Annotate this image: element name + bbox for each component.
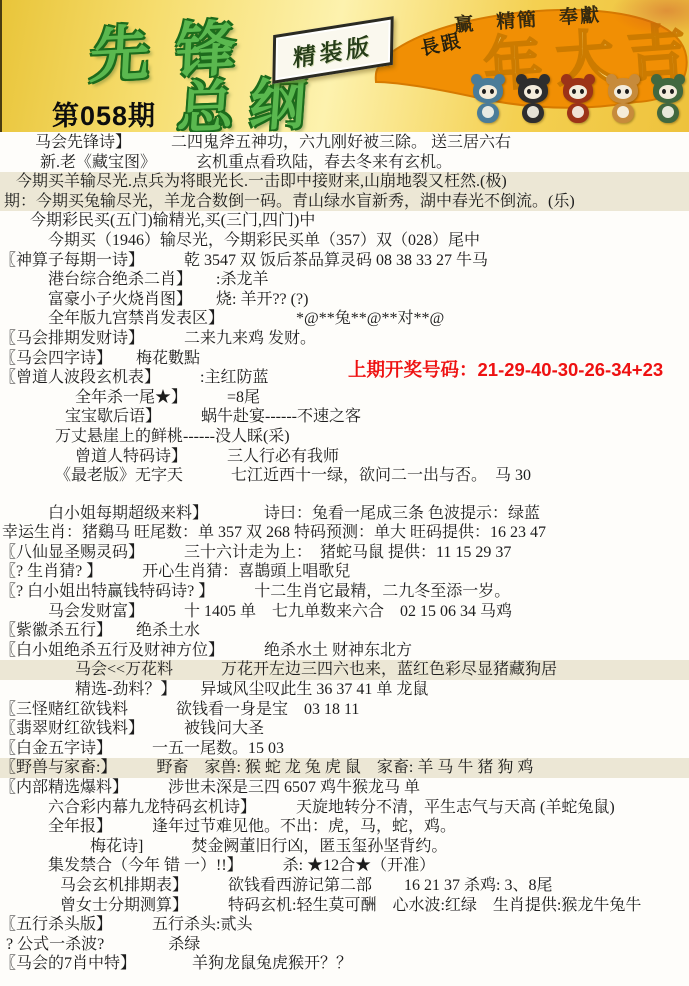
text-line: 马会先锋诗】 二四鬼斧五神功，六九刚好被三除。 送三居六右 <box>0 133 689 153</box>
text-line: 富豪小子火烧肖图】 烧: 羊开?? (?) <box>0 290 689 310</box>
text-line: 〖? 生肖猜? 】 开心生肖猜：喜鵲頭上唱歌兒 <box>0 562 689 582</box>
text-line: 马会发财富】 十 1405 单 七九单数来六合 02 15 06 34 马鸡 <box>0 602 689 622</box>
text-line: 万丈悬崖上的鲜桃------没人睬(采) <box>0 427 689 447</box>
text-line: 新.老《藏宝图》 玄机重点看玖陆，春去冬来有玄机。 <box>0 153 689 173</box>
text-line: 曾道人特码诗】 三人行必有我师 <box>0 447 689 467</box>
lottery-tip-sheet: 年大吉 先锋 总纲 精装版 赢 精簡 奉獻 長跟 第058期 马会先锋诗】 二四… <box>0 0 689 986</box>
text-line: 〖白小姐绝杀五行及财神方位】 绝杀水土 财神东北方 <box>0 641 689 661</box>
text-line: 全年报】 逢年过节难见他。不出：虎，马，蛇，鸡。 <box>0 817 689 837</box>
text-line: 白小姐每期超级来料】 诗曰：兔看一尾成三条 色波提示：绿蓝 <box>0 504 689 524</box>
edition-badge-label: 精装版 <box>293 27 374 73</box>
text-line: 〖翡翠财红欲钱料】 被钱问大圣 <box>0 719 689 739</box>
text-line: 宝宝歇后语】 蜗牛赴宴------不速之客 <box>0 407 689 427</box>
text-line: 幸运生肖：猪鷄马 旺尾数：单 357 双 268 特码预测：单大 旺码提供：16… <box>0 523 689 543</box>
mascot-green <box>650 76 686 126</box>
text-line: 〖白金五字诗】 一五一尾数。15 03 <box>0 739 689 759</box>
mascot-row <box>470 76 686 126</box>
last-draw-result: 上期开奖号码：21-29-40-30-26-34+23 <box>348 356 663 382</box>
last-draw-label: 上期开奖号码： <box>348 359 478 380</box>
text-line: 全年版九宫禁肖发表区】 *@**兔**@**对**@ <box>0 309 689 329</box>
tip-text-block: 马会先锋诗】 二四鬼斧五神功，六九刚好被三除。 送三居六右新.老《藏宝图》 玄机… <box>0 133 689 974</box>
issue-number: 第058期 <box>52 94 156 132</box>
text-line: 〖八仙显圣赐灵码】 三十六计走为上： 猪蛇马鼠 提供：11 15 29 37 <box>0 543 689 563</box>
text-line: 今期买羊输尽光.点兵为将眼光长.一击即中接财来,山崩地裂又枉然.(极) <box>0 172 689 192</box>
text-line: 集发禁合（今年 错 一）!!】 杀: ★12合★（开准） <box>0 856 689 876</box>
text-line: 马会<<万花料 万花开左边三四六也来，蓝红色彩尽显猪藏狗居 <box>0 660 689 680</box>
mascot-blue <box>470 76 506 126</box>
text-line: 期：今期买兔输尽光，羊龙合数倒一码。青山绿水盲新秀，湖中春光不倒流。(乐) <box>0 192 689 212</box>
mascot-panda <box>515 76 551 126</box>
text-line: 全年杀一尾★】 =8尾 <box>0 388 689 408</box>
text-line: 〖神算子每期一诗】 乾 3547 双 饭后茶品算灵码 08 38 33 27 牛… <box>0 251 689 271</box>
last-draw-numbers: 21-29-40-30-26-34+23 <box>478 359 664 380</box>
masthead: 年大吉 先锋 总纲 精装版 赢 精簡 奉獻 長跟 第058期 <box>0 0 689 132</box>
text-line: 〖三怪赌红欲钱料 欲钱看一身是宝 03 18 11 <box>0 700 689 720</box>
text-line: 〖内部精选爆料】 涉世未深是三四 6507 鸡牛猴龙马 单 <box>0 778 689 798</box>
mascot-orange <box>605 76 641 126</box>
text-line: 〖紫徽杀五行】 绝杀土水 <box>0 621 689 641</box>
text-line: 〖马会的7肖中特】 羊狗龙鼠兔虎猴开？？ <box>0 954 689 974</box>
text-line: 〖? 白小姐出特赢钱特码诗? 】 十二生肖它最精，二九冬至添一岁。 <box>0 582 689 602</box>
text-line: 今期彩民买(五门)输精光,买(三门,四门)中 <box>0 211 689 231</box>
text-line: 港台综合绝杀二肖】 :杀龙羊 <box>0 270 689 290</box>
text-line: 《最老版》无字天 七江近西十一绿，欲问二一出与否。 马 30 <box>0 466 689 486</box>
text-line: 马会玄机排期表】 欲钱看西游记第二部 16 21 37 杀鸡: 3、8尾 <box>0 876 689 896</box>
text-line: 〖野兽与家畜:】 野畜 家兽: 猴 蛇 龙 兔 虎 鼠 家畜: 羊 马 牛 猪 … <box>0 758 689 778</box>
text-line: 曾女士分期测算】 特码玄机:轻生莫可酬 心水波:红绿 生肖提供:猴龙牛兔牛 <box>0 896 689 916</box>
text-line: 〖五行杀头版】 五行杀头:贰头 <box>0 915 689 935</box>
text-line: 今期买（1946）输尽光，今期彩民买单（357）双（028）尾中 <box>0 231 689 251</box>
text-line: 〖马会排期发财诗】 二来九来鸡 发财。 <box>0 329 689 349</box>
mascot-red <box>560 76 596 126</box>
text-line: ? 公式一杀波? 杀绿 <box>0 935 689 955</box>
text-line: 精选-劲料？】 异域风尘叹此生 36 37 41 单 龙鼠 <box>0 680 689 700</box>
text-line: 六合彩内幕九龙特码玄机诗】 天旋地转分不清，平生志气与天高 (羊蛇兔鼠) <box>0 798 689 818</box>
text-line: 梅花诗] 焚金阙董旧行凶，匿玉玺孙坚背约。 <box>0 837 689 857</box>
